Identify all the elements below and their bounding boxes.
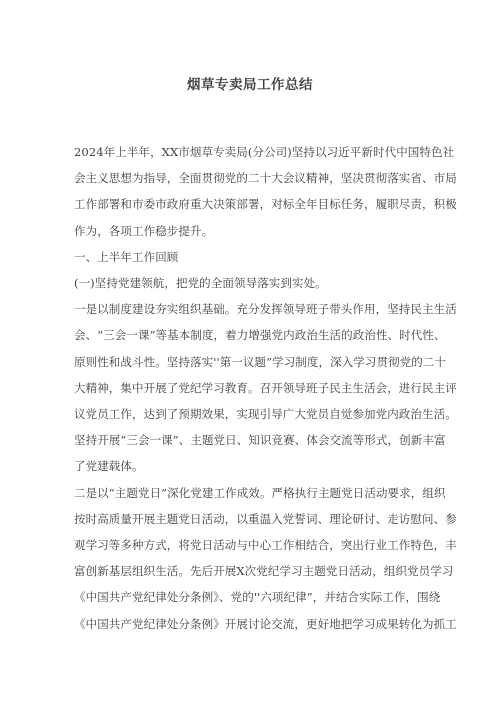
- text-line: 一是以制度建设夯实组织基础。充分发挥领导班子带头作用，坚持民主生活: [74, 296, 432, 322]
- document-body: 2024年上半年，XX市烟草专卖局(分公司)坚持以习近平新时代中国特色社 会主义…: [0, 139, 500, 637]
- text-line: 观学习等多种方式，将党日活动与中心工作相结合，突出行业工作特色，丰: [74, 532, 432, 558]
- text-line: 2024年上半年，XX市烟草专卖局(分公司)坚持以习近平新时代中国特色社: [74, 139, 432, 165]
- document-title: 烟草专卖局工作总结: [0, 0, 500, 94]
- text-line: 工作部署和市委市政府重大决策部署，对标全年目标任务，履职尽责，积极: [74, 191, 432, 217]
- document-page: 烟草专卖局工作总结 2024年上半年，XX市烟草专卖局(分公司)坚持以习近平新时…: [0, 0, 500, 707]
- text-line: 大精神，集中开展了党纪学习教育。召开领导班子民主生活会，进行民主评: [74, 375, 432, 401]
- text-line: 二是以“主题党日”深化党建工作成效。严格执行主题党日活动要求，组织: [74, 480, 432, 506]
- text-line: 议党员工作，达到了预期效果，实现引导广大党员自觉参加党内政治生活。: [74, 401, 432, 427]
- text-line: 按时高质量开展主题党日活动，以重温入党誓词、理论研讨、走访慰问、参: [74, 506, 432, 532]
- text-line: 《中国共产党纪律处分条例》、党的''六项纪律”，并结合实际工作，围绕: [74, 584, 432, 610]
- text-line: 坚持开展“三会一课”、主题党日、知识竞赛、体会交流等形式，创新丰富: [74, 427, 432, 453]
- text-line: 原则性和战斗性。坚持落实''第一议题”学习制度，深入学习贯彻党的二十: [74, 349, 432, 375]
- section-heading: 一、上半年工作回顾: [74, 244, 432, 270]
- text-line: 会、“三会一课”等基本制度，着力增强党内政治生活的政治性、时代性、: [74, 322, 432, 348]
- text-line: 作为，各项工作稳步提升。: [74, 218, 432, 244]
- subsection-heading: (一)坚持党建领航，把党的全面领导落实到实处。: [74, 270, 432, 296]
- text-line: 会主义思想为指导，全面贯彻党的二十大会议精神，坚决贯彻落实省、市局: [74, 165, 432, 191]
- text-line: 了党建载体。: [74, 453, 432, 479]
- text-line: 《中国共产党纪律处分条例》开展讨论交流，更好地把学习成果转化为抓工: [74, 611, 432, 637]
- text-line: 富创新基层组织生活。先后开展X次党纪学习主题党日活动，组织党员学习: [74, 558, 432, 584]
